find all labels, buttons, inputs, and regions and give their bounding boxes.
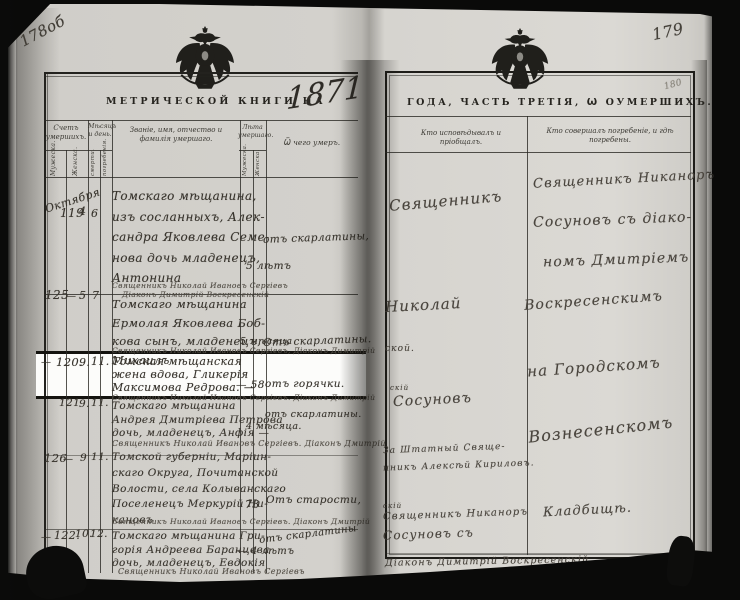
grid-line <box>385 553 691 554</box>
record-name-line: Ермолая Яковлева Боб- <box>112 314 265 333</box>
clergy-line: Священникъ Николай Ивановъ Сергіевъ. Діа… <box>112 439 386 448</box>
record-name-line: сандра Яковлева Семе- <box>112 227 270 248</box>
age-value: — 4 лѣтъ <box>237 546 294 557</box>
record-name: Томскаго мѣщанина, изъ сосланныхъ, Алек-… <box>112 186 270 289</box>
record-name-line: Томской губерніи, Маріин- <box>112 450 286 466</box>
day-death-value: 9. <box>79 398 90 410</box>
day-burial-value: 12. <box>90 528 108 540</box>
subheader-count-female: Женска. <box>72 151 79 176</box>
record-name: Томская мѣщанская жена вдова, Гликерія М… <box>112 355 255 395</box>
day-burial-value: 11. <box>91 451 109 463</box>
dash-mark: — <box>66 291 76 302</box>
imperial-eagle-icon <box>172 24 238 94</box>
cause-value: отъ горячки. <box>265 378 345 390</box>
archival-book-scan: 178об МЕТРИЧЕСКОЙ КНИГИ НА 1871 Счетъ ум… <box>0 0 740 600</box>
cause-value: Отъ старости, <box>266 494 361 506</box>
day-death-value: 9. <box>79 356 90 369</box>
clergy-line: Священникъ Николай Ивановъ Сергіевъ <box>112 281 288 290</box>
grid-line <box>385 152 691 153</box>
subheader-date-burial: погребенія. <box>102 151 108 176</box>
day-burial-value: 7 <box>92 289 99 302</box>
subheader-age-male: Мужеска. <box>242 151 248 176</box>
age-value: 5 лѣтъ <box>246 260 291 272</box>
grid-line <box>527 116 528 555</box>
record-name-line: Томскаго мѣщанина, <box>112 186 270 207</box>
column-header-age: Лѣта умершаго. <box>238 124 267 140</box>
column-header-cause: Ѿ чего умеръ. <box>268 138 356 148</box>
subheader-age-female: Женска. <box>255 151 261 176</box>
confessor-entry: скій <box>383 502 402 510</box>
column-header-date: Мѣсяцъ и день. <box>88 123 112 139</box>
day-death-value: 4 <box>79 205 86 218</box>
cause-value: отъ скарлатины. <box>265 409 362 420</box>
frame-line <box>47 72 48 573</box>
frame-line <box>44 72 46 573</box>
clergy-line: Священникъ Николай Ивановъ Сергіевъ, Діа… <box>112 346 375 355</box>
record-name-line: Томскаго мѣщанина Гри- <box>112 530 270 544</box>
record-name-line: Томскаго мѣщанина <box>112 295 265 314</box>
dash-mark: — <box>41 357 51 368</box>
count-female-value: 121 <box>59 397 80 409</box>
day-death-value: 9 <box>80 452 87 464</box>
record-name-line: Томская мѣщанская <box>112 355 255 368</box>
age-value: 73 <box>245 498 260 511</box>
record-name-line: Томскаго мѣщанина <box>112 400 283 414</box>
day-burial-value: 11. <box>91 397 109 409</box>
age-value: — 58 <box>236 379 265 391</box>
clergy-line: Священникъ Николай Ивановъ Сергіевъ. Діа… <box>112 517 370 526</box>
right-page-title: ГОДА, ЧАСТЬ ТРЕТІЯ, Ѡ ОУМЕРШИХЪ. <box>407 97 713 108</box>
subheader-count-male: Мужеска. <box>50 151 57 176</box>
dash-mark: — <box>63 454 73 465</box>
record-name-line: изъ сосланныхъ, Алек- <box>112 207 270 228</box>
record-name-line: скаго Округа, Почитанской <box>112 466 286 482</box>
subheader-date-death: смерти. <box>90 151 96 176</box>
confessor-entry: скій <box>390 384 409 392</box>
grid-line <box>385 116 691 117</box>
clergy-line: Священникъ Николай Ивановъ Сергіевъ <box>118 567 305 576</box>
day-burial-value: 6 <box>91 207 98 220</box>
imperial-eagle-icon <box>488 26 552 94</box>
dash-mark: — <box>41 532 51 543</box>
record-name-line: жена вдова, Гликерія <box>112 368 255 381</box>
confessor-entry: ской. <box>385 344 415 354</box>
column-header-confessor: Кто исповѣдывалъ и пріобщалъ. <box>402 129 520 147</box>
grid-line <box>44 177 358 178</box>
frame-line <box>44 76 358 77</box>
age-value: 4 мѣсяца. <box>246 421 302 432</box>
day-death-value: 5 <box>79 289 86 302</box>
column-header-person: Званіе, имя, отчество и фамилія умершаго… <box>116 126 236 144</box>
grid-line <box>44 120 358 121</box>
frame-line <box>44 72 358 74</box>
record-name-line: Волости, села Колыванскаго <box>112 482 286 498</box>
day-burial-value: 11. <box>91 355 110 368</box>
column-header-burial: Кто совершалъ погребеніе, и гдѣ погребен… <box>537 127 683 145</box>
